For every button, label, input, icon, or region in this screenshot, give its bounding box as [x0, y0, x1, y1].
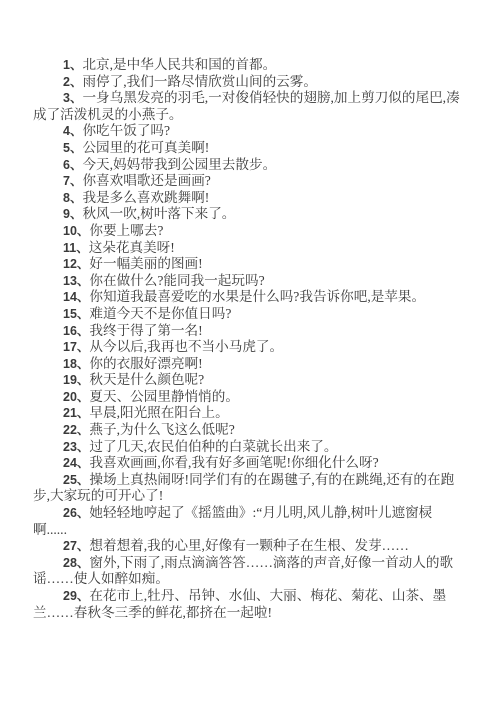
sentence-item: 15、难道今天不是你值日吗?: [33, 306, 463, 323]
sentence-item: 29、在花市上,牡丹、吊钟、水仙、大丽、梅花、菊花、山茶、墨兰……春秋冬三季的鲜…: [33, 588, 463, 621]
sentence-item: 22、燕子,为什么飞这么低呢?: [33, 422, 463, 439]
item-number: 19、: [63, 373, 89, 387]
item-number: 23、: [63, 440, 89, 454]
item-number: 29、: [63, 589, 89, 603]
item-number: 17、: [63, 340, 89, 354]
item-text: 难道今天不是你值日吗?: [89, 306, 231, 321]
sentence-item: 4、你吃午饭了吗?: [33, 123, 463, 140]
item-number: 6、: [63, 158, 82, 172]
item-number: 16、: [63, 324, 89, 338]
sentence-item: 27、想着想着,我的心里,好像有一颗种子在生根、发芽……: [33, 538, 463, 555]
item-text: 早晨,阳光照在阳台上。: [89, 405, 228, 420]
item-text: 这朵花真美呀!: [89, 240, 175, 255]
item-text: 我喜欢画画,你看,我有好多画笔呢!你细化什么呀?: [89, 455, 378, 470]
item-number: 12、: [63, 257, 89, 271]
item-number: 18、: [63, 357, 89, 371]
sentence-item: 24、我喜欢画画,你看,我有好多画笔呢!你细化什么呀?: [33, 455, 463, 472]
item-text: 我终于得了第一名!: [89, 323, 202, 338]
item-number: 20、: [63, 390, 89, 404]
sentence-item: 17、从今以后,我再也不当小马虎了。: [33, 339, 463, 356]
item-text: 想着想着,我的心里,好像有一颗种子在生根、发芽……: [89, 538, 408, 553]
sentence-item: 7、你喜欢唱歌还是画画?: [33, 173, 463, 190]
sentence-item: 20、夏天、公园里静悄悄的。: [33, 389, 463, 406]
sentence-item: 5、公园里的花可真美啊!: [33, 140, 463, 157]
item-number: 10、: [63, 224, 89, 238]
item-text: 今天,妈妈带我到公园里去散步。: [82, 157, 276, 172]
item-number: 14、: [63, 290, 89, 304]
sentence-item: 26、她轻轻地哼起了《摇篮曲》:“月儿明,风儿静,树叶儿遮窗棂啊......: [33, 505, 463, 538]
item-text: 你要上哪去?: [89, 223, 163, 238]
document-page: 1、北京,是中华人民共和国的首都。 2、雨停了,我们一路尽情欣赏山间的云雾。 3…: [0, 0, 496, 702]
item-text: 她轻轻地哼起了《摇篮曲》:“月儿明,风儿静,树叶儿遮窗棂啊......: [33, 505, 432, 537]
item-number: 13、: [63, 274, 89, 288]
item-number: 27、: [63, 539, 89, 553]
sentence-item: 11、这朵花真美呀!: [33, 240, 463, 257]
sentence-item: 2、雨停了,我们一路尽情欣赏山间的云雾。: [33, 74, 463, 91]
item-number: 8、: [63, 191, 82, 205]
item-number: 21、: [63, 406, 89, 420]
item-text: 你在做什么?能同我一起玩吗?: [89, 273, 264, 288]
sentence-item: 25、操场上真热闹呀!同学们有的在踢毽子,有的在跳绳,还有的在跑步,大家玩的可开…: [33, 472, 463, 505]
item-number: 11、: [63, 241, 89, 255]
sentence-item: 13、你在做什么?能同我一起玩吗?: [33, 273, 463, 290]
sentence-item: 1、北京,是中华人民共和国的首都。: [33, 57, 463, 74]
item-number: 26、: [63, 506, 89, 520]
item-text: 我是多么喜欢跳舞啊!: [82, 190, 209, 205]
item-number: 24、: [63, 456, 89, 470]
item-text: 你喜欢唱歌还是画画?: [82, 173, 210, 188]
item-text: 好一幅美丽的图画!: [89, 256, 202, 271]
item-text: 秋天是什么颜色呢?: [89, 372, 204, 387]
item-text: 操场上真热闹呀!同学们有的在踢毽子,有的在跳绳,还有的在跑步,大家玩的可开心了!: [33, 472, 454, 504]
sentence-item: 23、过了几天,农民伯伯种的白菜就长出来了。: [33, 439, 463, 456]
item-text: 在花市上,牡丹、吊钟、水仙、大丽、梅花、菊花、山茶、墨兰……春秋冬三季的鲜花,都…: [33, 588, 446, 620]
item-number: 15、: [63, 307, 89, 321]
item-text: 北京,是中华人民共和国的首都。: [82, 57, 276, 72]
item-number: 9、: [63, 207, 82, 221]
item-text: 从今以后,我再也不当小马虎了。: [89, 339, 283, 354]
sentence-item: 28、窗外,下雨了,雨点滴滴答答……滴落的声音,好像一首动人的歌谣……使人如醉如…: [33, 555, 463, 588]
sentence-item: 8、我是多么喜欢跳舞啊!: [33, 190, 463, 207]
item-number: 4、: [63, 124, 82, 138]
sentence-item: 18、你的衣服好漂亮啊!: [33, 356, 463, 373]
item-text: 夏天、公园里静悄悄的。: [89, 389, 239, 404]
item-text: 你吃午饭了吗?: [82, 123, 170, 138]
sentence-item: 9、秋风一吹,树叶落下来了。: [33, 206, 463, 223]
sentence-item: 12、好一幅美丽的图画!: [33, 256, 463, 273]
sentence-item: 16、我终于得了第一名!: [33, 323, 463, 340]
item-text: 公园里的花可真美啊!: [82, 140, 209, 155]
item-number: 1、: [63, 58, 82, 72]
sentence-item: 6、今天,妈妈带我到公园里去散步。: [33, 157, 463, 174]
item-number: 7、: [63, 174, 82, 188]
sentence-item: 14、你知道我最喜爱吃的水果是什么吗?我告诉你吧,是苹果。: [33, 289, 463, 306]
item-text: 秋风一吹,树叶落下来了。: [82, 206, 235, 221]
item-text: 你知道我最喜爱吃的水果是什么吗?我告诉你吧,是苹果。: [89, 289, 425, 304]
item-number: 28、: [63, 556, 89, 570]
sentence-item: 19、秋天是什么颜色呢?: [33, 372, 463, 389]
item-text: 燕子,为什么飞这么低呢?: [89, 422, 234, 437]
item-text: 雨停了,我们一路尽情欣赏山间的云雾。: [82, 74, 317, 89]
item-text: 你的衣服好漂亮啊!: [89, 356, 202, 371]
item-number: 2、: [63, 75, 82, 89]
sentence-list: 1、北京,是中华人民共和国的首都。 2、雨停了,我们一路尽情欣赏山间的云雾。 3…: [33, 57, 463, 621]
sentence-item: 10、你要上哪去?: [33, 223, 463, 240]
item-number: 5、: [63, 141, 82, 155]
sentence-item: 3、一身乌黑发亮的羽毛,一对俊俏轻快的翅膀,加上剪刀似的尾巴,凑成了活泼机灵的小…: [33, 90, 463, 123]
item-number: 25、: [63, 473, 89, 487]
item-text: 过了几天,农民伯伯种的白菜就长出来了。: [89, 439, 337, 454]
sentence-item: 21、早晨,阳光照在阳台上。: [33, 405, 463, 422]
item-text: 窗外,下雨了,雨点滴滴答答……滴落的声音,好像一首动人的歌谣……使人如醉如痴。: [33, 555, 453, 587]
item-text: 一身乌黑发亮的羽毛,一对俊俏轻快的翅膀,加上剪刀似的尾巴,凑成了活泼机灵的小燕子…: [33, 90, 460, 122]
item-number: 22、: [63, 423, 89, 437]
item-number: 3、: [63, 91, 82, 105]
